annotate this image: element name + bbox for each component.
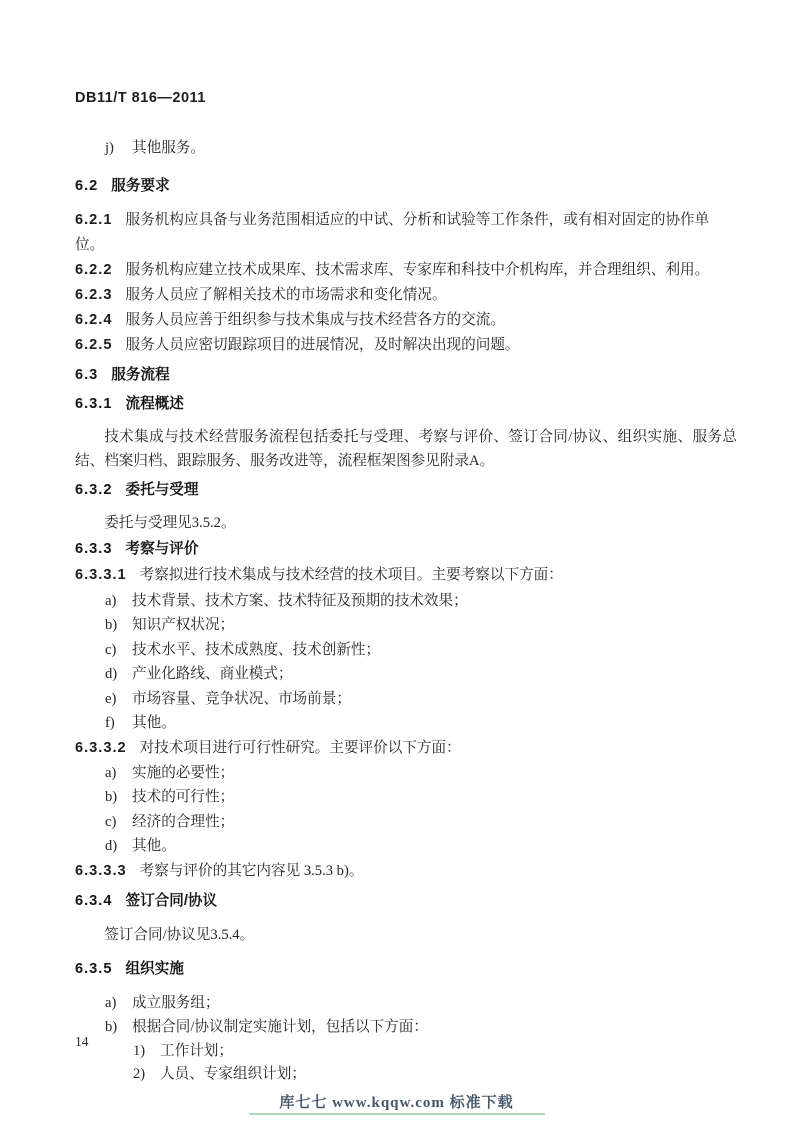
list-marker: f) bbox=[105, 711, 132, 736]
clause-text: 服务人员应了解相关技术的市场需求和变化情况。 bbox=[125, 287, 446, 303]
clause-number: 6.3.3.3 bbox=[75, 863, 127, 879]
list-6-3-3-1: a) 技术背景、技术方案、技术特征及预期的技术效果； b) 知识产权状况； c)… bbox=[75, 589, 737, 736]
list-marker: 2) bbox=[133, 1063, 160, 1086]
list-item: c) 经济的合理性； bbox=[75, 810, 737, 835]
list-marker: 1) bbox=[133, 1040, 160, 1063]
doc-code: DB11/T 816—2011 bbox=[75, 90, 206, 106]
paragraph-6-3-2: 委托与受理见3.5.2。 bbox=[75, 511, 737, 535]
watermark-underline bbox=[249, 1113, 545, 1115]
list-marker: a) bbox=[105, 761, 132, 786]
list-marker: c) bbox=[105, 810, 132, 835]
list-marker: e) bbox=[105, 687, 132, 712]
list-marker: a) bbox=[105, 991, 132, 1016]
heading-6-3-3: 6.3.3考察与评价 bbox=[75, 540, 737, 558]
list-marker: j) bbox=[105, 136, 132, 161]
list-text: 其他服务。 bbox=[132, 136, 205, 161]
heading-6-3-5: 6.3.5组织实施 bbox=[75, 960, 737, 978]
heading-6-3-4: 6.3.4签订合同/协议 bbox=[75, 892, 737, 910]
list-marker: b) bbox=[105, 785, 132, 810]
paragraph-6-3-1: 技术集成与技术经营服务流程包括委托与受理、考察与评价、签订合同/协议、组织实施、… bbox=[75, 425, 737, 473]
clause-number: 6.3.3.2 bbox=[75, 740, 127, 756]
clause-6-3-3-2: 6.3.3.2对技术项目进行可行性研究。主要评价以下方面： bbox=[75, 737, 737, 759]
list-6-3-5: a) 成立服务组； b) 根据合同/协议制定实施计划，包括以下方面： 1) 工作… bbox=[75, 991, 737, 1086]
heading-title: 服务流程 bbox=[111, 367, 169, 383]
list-item: b) 知识产权状况； bbox=[75, 613, 737, 638]
clause-text: 考察与评价的其它内容见 3.5.3 b)。 bbox=[140, 863, 364, 879]
clause-number: 6.2.5 bbox=[75, 337, 112, 353]
list-text: 产业化路线、商业模式； bbox=[132, 662, 293, 687]
clause-6-3-3-3: 6.3.3.3考察与评价的其它内容见 3.5.3 b)。 bbox=[75, 860, 737, 882]
heading-title: 签订合同/协议 bbox=[125, 893, 217, 909]
paragraph-6-3-4: 签订合同/协议见3.5.4。 bbox=[75, 923, 737, 947]
list-text: 人员、专家组织计划； bbox=[160, 1063, 306, 1086]
list-text: 技术背景、技术方案、技术特征及预期的技术效果； bbox=[132, 589, 468, 614]
list-marker: b) bbox=[105, 1015, 132, 1040]
clause-number: 6.3.3.1 bbox=[75, 567, 127, 583]
heading-6-2: 6.2服务要求 bbox=[75, 177, 737, 195]
heading-title: 服务要求 bbox=[111, 178, 169, 194]
list-6-3-3-2: a) 实施的必要性； b) 技术的可行性； c) 经济的合理性； d) 其他。 bbox=[75, 761, 737, 859]
heading-number: 6.2 bbox=[75, 178, 98, 194]
heading-title: 流程概述 bbox=[125, 396, 183, 412]
clause-6-2-4: 6.2.4服务人员应善于组织参与技术集成与技术经营各方的交流。 bbox=[75, 308, 737, 333]
clause-text: 服务机构应建立技术成果库、技术需求库、专家库和科技中介机构库，并合理组织、利用。 bbox=[125, 262, 709, 278]
heading-number: 6.3.1 bbox=[75, 396, 112, 412]
list-text: 成立服务组； bbox=[132, 991, 220, 1016]
list-text: 其他。 bbox=[132, 834, 176, 859]
heading-number: 6.3.4 bbox=[75, 893, 112, 909]
list-text: 技术的可行性； bbox=[132, 785, 234, 810]
heading-number: 6.3.2 bbox=[75, 482, 112, 498]
watermark-text: 库七七 www.kqqw.com 标准下载 bbox=[0, 1091, 793, 1112]
clause-number: 6.2.4 bbox=[75, 312, 112, 328]
list-item: a) 成立服务组； bbox=[75, 991, 737, 1016]
heading-6-3-1: 6.3.1流程概述 bbox=[75, 395, 737, 413]
clause-number: 6.2.3 bbox=[75, 287, 112, 303]
list-text: 技术水平、技术成熟度、技术创新性； bbox=[132, 638, 380, 663]
list-item: b) 技术的可行性； bbox=[75, 785, 737, 810]
clause-text: 对技术项目进行可行性研究。主要评价以下方面： bbox=[140, 740, 461, 756]
clause-6-2-2: 6.2.2服务机构应建立技术成果库、技术需求库、专家库和科技中介机构库，并合理组… bbox=[75, 258, 737, 283]
clause-6-3-3-1: 6.3.3.1考察拟进行技术集成与技术经营的技术项目。主要考察以下方面： bbox=[75, 564, 737, 586]
page-number: 14 bbox=[75, 1034, 89, 1050]
heading-title: 组织实施 bbox=[125, 961, 183, 977]
list-item: f) 其他。 bbox=[75, 711, 737, 736]
document-page: DB11/T 816—2011 j) 其他服务。 6.2服务要求 6.2.1服务… bbox=[0, 0, 793, 1123]
clause-6-2-3: 6.2.3服务人员应了解相关技术的市场需求和变化情况。 bbox=[75, 283, 737, 308]
list-marker: b) bbox=[105, 613, 132, 638]
list-text: 经济的合理性； bbox=[132, 810, 234, 835]
list-item: d) 产业化路线、商业模式； bbox=[75, 662, 737, 687]
list-text: 其他。 bbox=[132, 711, 176, 736]
heading-6-3-2: 6.3.2委托与受理 bbox=[75, 481, 737, 499]
clause-text: 考察拟进行技术集成与技术经营的技术项目。主要考察以下方面： bbox=[140, 567, 563, 583]
list-marker: d) bbox=[105, 834, 132, 859]
document-body: j) 其他服务。 6.2服务要求 6.2.1服务机构应具备与业务范围相适应的中试… bbox=[75, 130, 737, 1086]
list-marker: d) bbox=[105, 662, 132, 687]
list-item: e) 市场容量、竞争状况、市场前景； bbox=[75, 687, 737, 712]
heading-number: 6.3.3 bbox=[75, 541, 112, 557]
list-text: 根据合同/协议制定实施计划，包括以下方面： bbox=[132, 1015, 428, 1040]
heading-title: 考察与评价 bbox=[125, 541, 198, 557]
heading-number: 6.3 bbox=[75, 367, 98, 383]
heading-6-3: 6.3服务流程 bbox=[75, 366, 737, 384]
list-marker: c) bbox=[105, 638, 132, 663]
list-text: 知识产权状况； bbox=[132, 613, 234, 638]
list-item: j) 其他服务。 bbox=[75, 136, 737, 161]
clause-6-2-1: 6.2.1服务机构应具备与业务范围相适应的中试、分析和试验等工作条件，或有相对固… bbox=[75, 208, 737, 258]
sublist-item: 1) 工作计划； bbox=[75, 1040, 737, 1063]
list-marker: a) bbox=[105, 589, 132, 614]
list-item: c) 技术水平、技术成熟度、技术创新性； bbox=[75, 638, 737, 663]
clause-text: 服务人员应善于组织参与技术集成与技术经营各方的交流。 bbox=[125, 312, 504, 328]
list-text: 市场容量、竞争状况、市场前景； bbox=[132, 687, 351, 712]
list-item: a) 技术背景、技术方案、技术特征及预期的技术效果； bbox=[75, 589, 737, 614]
sublist-item: 2) 人员、专家组织计划； bbox=[75, 1063, 737, 1086]
clause-6-2-5: 6.2.5服务人员应密切跟踪项目的进展情况，及时解决出现的问题。 bbox=[75, 333, 737, 358]
clause-number: 6.2.1 bbox=[75, 212, 112, 228]
heading-title: 委托与受理 bbox=[125, 482, 198, 498]
list-item: d) 其他。 bbox=[75, 834, 737, 859]
list-text: 工作计划； bbox=[160, 1040, 233, 1063]
clause-text: 服务机构应具备与业务范围相适应的中试、分析和试验等工作条件，或有相对固定的协作单… bbox=[75, 212, 709, 253]
list-item: a) 实施的必要性； bbox=[75, 761, 737, 786]
clause-number: 6.2.2 bbox=[75, 262, 112, 278]
heading-number: 6.3.5 bbox=[75, 961, 112, 977]
clause-text: 服务人员应密切跟踪项目的进展情况，及时解决出现的问题。 bbox=[125, 337, 519, 353]
list-item: b) 根据合同/协议制定实施计划，包括以下方面： bbox=[75, 1015, 737, 1040]
list-text: 实施的必要性； bbox=[132, 761, 234, 786]
